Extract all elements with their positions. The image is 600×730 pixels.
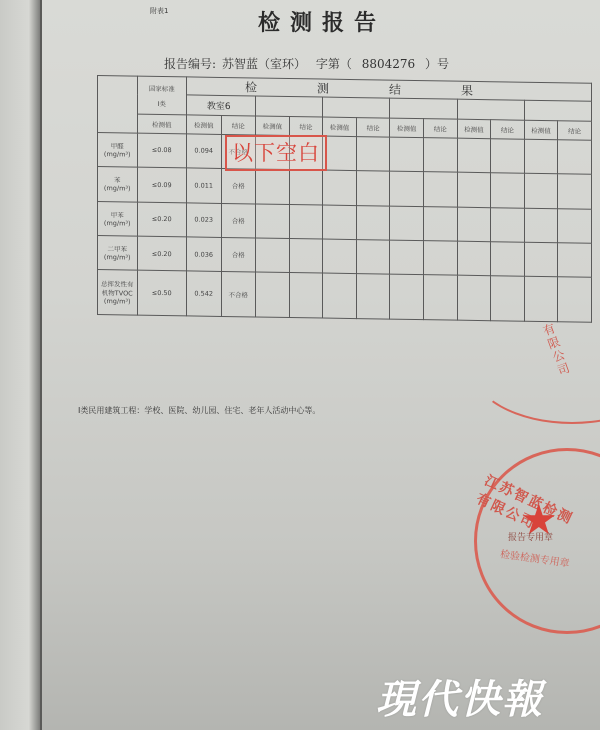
report-number-label: 报告编号: [164, 57, 216, 71]
room-label: 教室6 [186, 95, 255, 116]
corner-cell [98, 76, 138, 133]
report-number-suffix: ）号 [425, 57, 449, 71]
report-number-prefix: 苏智蓝（室环） [222, 57, 306, 71]
results-table-wrap: 国家标准 I类 检测结果 教室6 检测值 检测值 结论 检测值 结论 检测值 [97, 75, 592, 323]
footnote: Ⅰ类民用建筑工程：学校、医院、幼儿园、住宅、老年人活动中心等。 [78, 405, 320, 416]
seal-subtitle: 报告专用章 [508, 530, 553, 543]
blank-below-stamp: 以下空白 [225, 135, 327, 171]
newspaper-watermark: 現代快報 [376, 668, 544, 725]
standard-header: 国家标准 I类 [137, 76, 186, 115]
standard-value-header: 检测值 [137, 115, 186, 134]
report-number: 报告编号:苏智蓝（室环） 字第（ 8804276 ）号 [164, 55, 455, 72]
report-title: 检测报告 [42, 6, 600, 37]
report-number-value: 8804276 [362, 57, 415, 71]
table-row: 总挥发性有机物TVOC (mg/m³) ≤0.50 0.542 不合格 [98, 270, 592, 322]
report-number-mid: 字第（ [316, 57, 352, 71]
results-table: 国家标准 I类 检测结果 教室6 检测值 检测值 结论 检测值 结论 检测值 [97, 75, 592, 323]
